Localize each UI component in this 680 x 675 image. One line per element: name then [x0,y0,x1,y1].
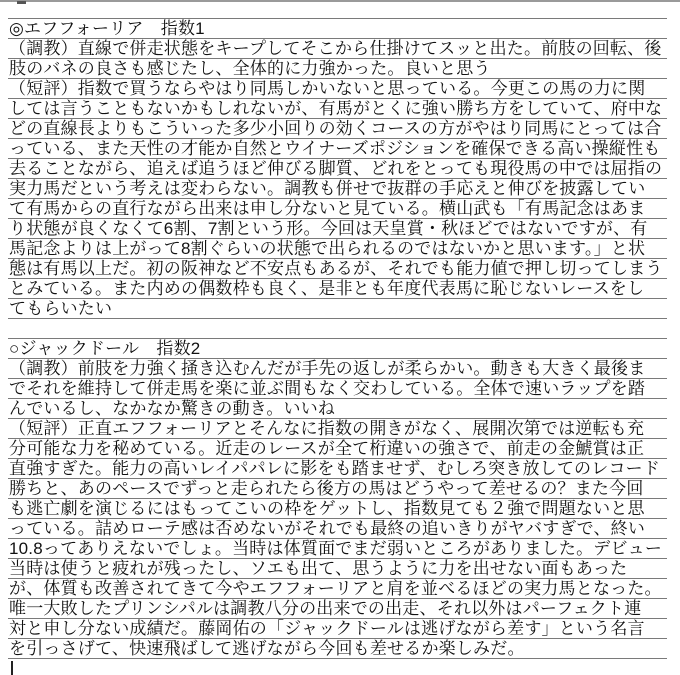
note-line[interactable]: 肢のバネの良さも感じたし、全体的に力強かった。良いと思う [8,59,667,79]
note-line[interactable]: しては言うこともないかもしれないが、有馬がとくに強い勝ち方をしていて、府中な [8,99,667,119]
note-line[interactable]: も逃亡劇を演じるにはもってこいの枠をゲットし、指数見ても２強で問題ないと思 [8,499,667,519]
note-line[interactable]: んでいるし、なかなか驚きの動き。いいね [8,399,667,419]
note-line[interactable]: 態は有馬以上だ。初の阪神など不安点もあるが、それでも能力値で押し切ってしまう [8,259,667,279]
note-line[interactable]: どの直線長よりもこういった多少小回りの効くコースの方がやはり同馬にとっては合 [8,119,667,139]
note-line[interactable]: 唯一大敗したプリンシパルは調教八分の出来での出走、それ以外はパーフェクト連 [8,599,667,619]
note-line[interactable]: （調教）前肢を力強く掻き込むんだが手先の返しが柔らかい。動きも大きく最後ま [8,359,667,379]
note-line[interactable]: っている。詰めローテ感は否めないがそれでも最終の追いきりがヤバすぎで、終い [8,519,667,539]
note-line[interactable]: を引っさげて、快速飛ばして逃げながら今回も差せるか楽しみだ。 [8,639,667,659]
note-line-blank[interactable] [8,319,667,339]
ruled-lines-container: ◎エフフォーリア 指数1（調教）直線で併走状態をキープしてそこから仕掛けてスッと… [8,2,667,659]
note-line[interactable]: が、体質も改善されてきて今やエフフォーリアと肩を並べるほどの実力馬となった。 [8,579,667,599]
note-line[interactable]: っている、また天性の才能か自然とウイナーズポジションを確保できる高い操縦性も [8,139,667,159]
note-line[interactable]: 馬記念よりは上がって8割ぐらいの状態で出られるのではないかと思います。」と状 [8,239,667,259]
note-line[interactable]: （短評）正直エフフォーリアとそんなに指数の開きがなく、展開次第では逆転も充 [8,419,667,439]
note-line[interactable]: 勝ちと、あのペースでずっと走られたら後方の馬はどうやって差せるの？また今回 [8,479,667,499]
note-line[interactable]: 実力馬だという考えは変わらない。調教も併せで抜群の手応えと伸びを披露してい [8,179,667,199]
text-cursor [11,661,13,675]
note-line[interactable]: り状態が良くなくて6割、7割という形。今回は天皇賞・秋ほどではないですが、有 [8,219,667,239]
note-line[interactable]: 分可能な力を秘めている。近走のレースが全て桁違いの強さで、前走の金鯱賞は正 [8,439,667,459]
note-line[interactable]: （短評）指数で買うならやはり同馬しかいないと思っている。今更この馬の力に関 [8,79,667,99]
note-line[interactable]: （調教）直線で併走状態をキープしてそこから仕掛けてスッと出た。前肢の回転、後 [8,39,667,59]
note-line[interactable]: 去ることながら、追えば追うほど伸びる脚質、どれをとっても現役馬の中では屈指の [8,159,667,179]
note-line[interactable]: 直強すぎた。能力の高いレイパパレに影をも踏ませず、むしろ突き放してのレコード [8,459,667,479]
note-line[interactable]: 当時は使うと疲れが残ったし、ソエも出て、思うように力を出せない面もあった [8,559,667,579]
note-line[interactable]: でそれを維持して併走馬を楽に並ぶ間もなく交わしている。全体で速いラップを踏 [8,379,667,399]
note-line[interactable]: 10.8ってありえないでしょ。当時は体質面でまだ弱いところがありました。デビュー [8,539,667,559]
leading-ruled-line [8,2,667,19]
note-line[interactable]: て有馬からの直行ながら出来は申し分ないと見ている。横山武も「有馬記念はあま [8,199,667,219]
memo-text-area[interactable]: ◎エフフォーリア 指数1（調教）直線で併走状態をキープしてそこから仕掛けてスッと… [0,0,680,675]
note-line[interactable]: てもらいたい [8,299,667,319]
note-line[interactable]: ◎エフフォーリア 指数1 [8,19,667,39]
note-line[interactable]: ○ジャックドール 指数2 [8,339,667,359]
note-lines: ◎エフフォーリア 指数1（調教）直線で併走状態をキープしてそこから仕掛けてスッと… [8,19,667,659]
note-line[interactable]: 対と申し分ない成績だ。藤岡佑の「ジャックドールは逃げながら差す」という名言 [8,619,667,639]
note-line[interactable]: とみている。また内めの偶数枠も良く、是非とも年度代表馬に恥じないレースをし [8,279,667,299]
